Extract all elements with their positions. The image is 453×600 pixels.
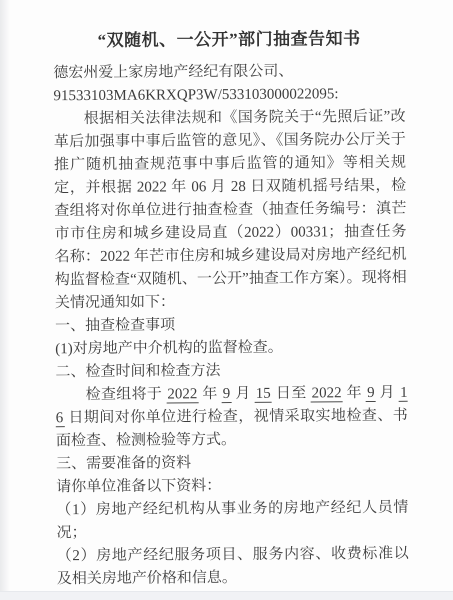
page-edge-shadow	[0, 0, 10, 600]
text-segment: 检查组将于	[86, 386, 167, 403]
text-segment: 年	[198, 386, 222, 402]
scanned-document-page: “双随机、一公开”部门抽查告知书 德宏州爱上家房地产经纪有限公司、 915331…	[0, 0, 453, 600]
section-3-heading: 三、需要准备的资料	[56, 451, 408, 476]
underlined-date-value: 9	[222, 386, 232, 403]
text-segment: 月	[376, 385, 400, 401]
text-segment: 月	[231, 386, 255, 402]
text-segment: 日期间对你单位进行检查，视情采取实地检查、书面检查、检测检验等方式。	[56, 408, 408, 449]
section-3-intro: 请你单位准备以下资料：	[56, 474, 408, 499]
intro-paragraph: 根据相关法律法规和《国务院关于“先照后证”改革后加强事中事后监管的意见》、《国务…	[54, 106, 407, 315]
section-3-item-2: （2）房地产经纪服务项目、服务内容、收费标准以及相关房地产价格和信息。	[57, 543, 409, 591]
section-1-heading: 一、抽查检查事项	[55, 313, 407, 338]
text-segment: 日至	[272, 385, 311, 401]
underlined-date-value: 2022	[166, 386, 198, 403]
footer-band	[0, 591, 453, 600]
underlined-date-value: 15	[255, 386, 272, 403]
text-segment: 年	[343, 385, 367, 401]
section-2-paragraph: 检查组将于 2022 年 9 月 15 日至 2022 年 9 月 16 日期间…	[56, 382, 408, 453]
section-3-item-1: （1）房地产经纪机构从事业务的房地产经纪人员情况；	[56, 497, 408, 545]
recipient-credit-code-line: 91533103MA6KRXQP3W/533103000022095:	[53, 83, 405, 108]
document-title: “双随机、一公开”部门抽查告知书	[53, 27, 405, 53]
section-2-heading: 二、检查时间和检查方法	[55, 359, 407, 384]
section-1-item: (1)对房地产中介机构的监督检查。	[55, 336, 407, 361]
underlined-date-value: 9	[366, 385, 376, 402]
document-content: “双随机、一公开”部门抽查告知书 德宏州爱上家房地产经纪有限公司、 915331…	[53, 27, 409, 591]
underlined-date-value: 2022	[311, 385, 343, 402]
recipient-company-line: 德宏州爱上家房地产经纪有限公司、	[53, 60, 405, 85]
